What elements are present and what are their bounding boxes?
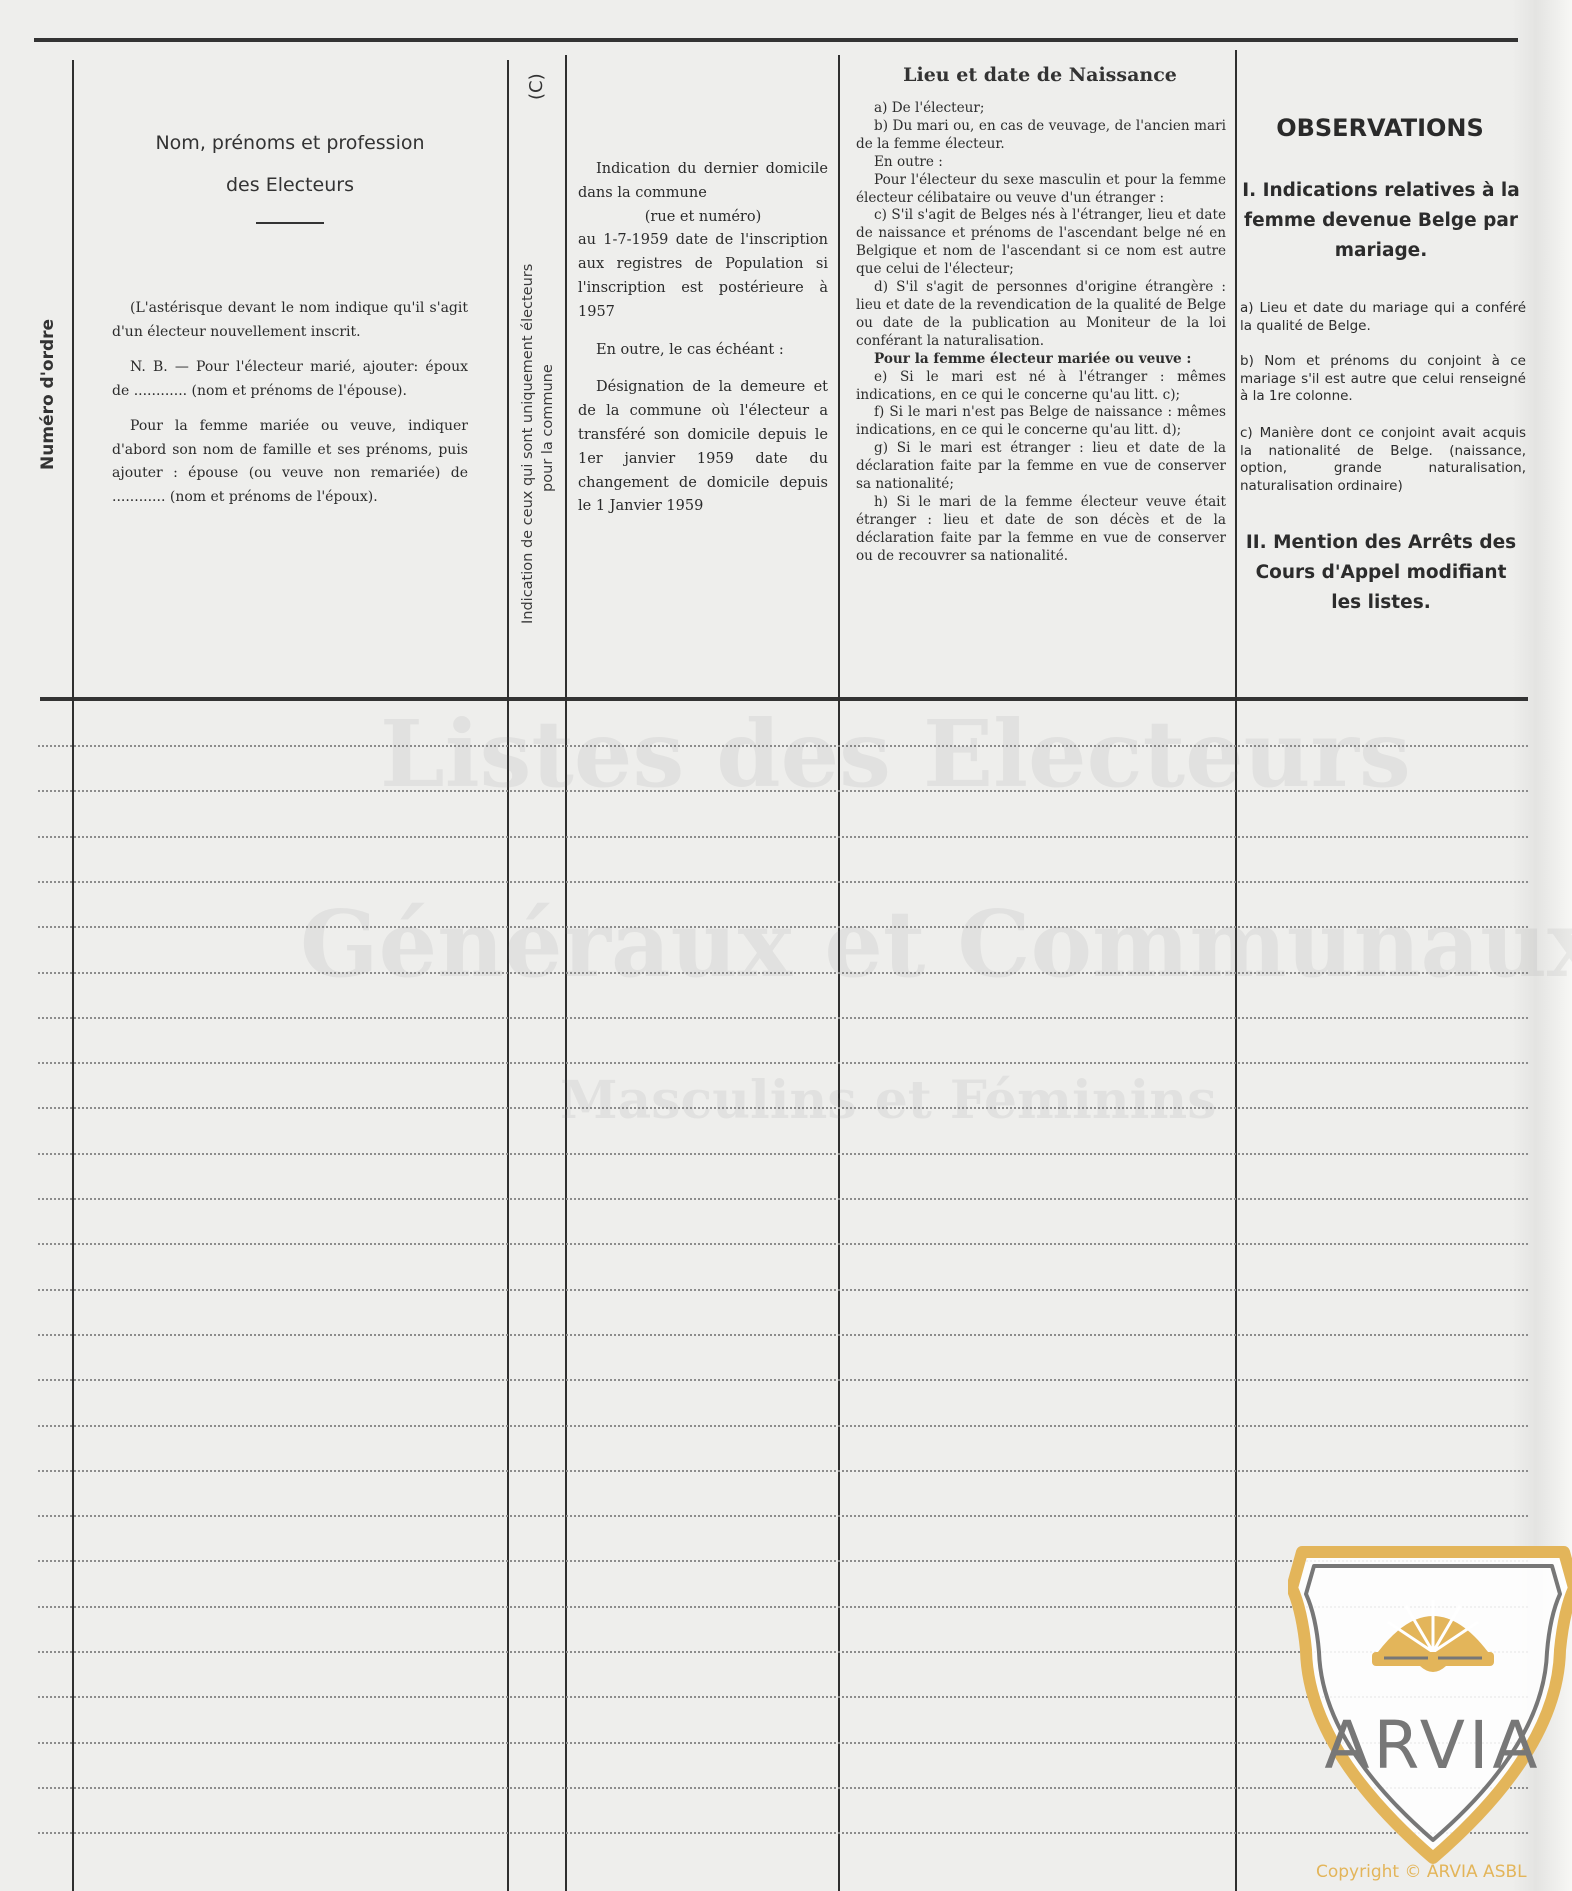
nb-married-male-note: N. B. — Pour l'électeur marié, ajouter: … — [112, 356, 468, 403]
entry-row-line — [38, 1198, 1528, 1200]
birth-intro-female: Pour la femme électeur mariée ou veuve : — [856, 351, 1226, 369]
observations-b: b) Nom et prénoms du conjoint à ce maria… — [1240, 353, 1526, 406]
entry-row-line — [38, 1425, 1528, 1427]
name-header-line2: des Electeurs — [110, 164, 470, 206]
entry-row-line — [38, 1017, 1528, 1019]
birth-d: d) S'il s'agit de personnes d'origine ét… — [856, 279, 1226, 351]
column-divider-numero — [72, 60, 74, 1891]
birth-e: e) Si le mari est né à l'étranger : même… — [856, 369, 1226, 405]
birth-g: g) Si le mari est étranger : lieu et dat… — [856, 440, 1226, 494]
copyright-notice: Copyright © ARVIA ASBL — [1316, 1862, 1527, 1882]
numero-ordre-header: Numéro d'ordre — [38, 319, 58, 470]
birth-en-outre: En outre : — [856, 154, 1226, 172]
entry-row-line — [38, 1379, 1528, 1381]
observations-section-2: II. Mention des Arrêts des Cours d'Appel… — [1238, 528, 1524, 618]
entry-row-line — [38, 1153, 1528, 1155]
domicile-p1: Indication du dernier domicile dans la c… — [578, 158, 828, 206]
observations-section-1: I. Indications relatives à la femme deve… — [1238, 176, 1524, 266]
top-border-rule — [34, 38, 1518, 42]
birth-c: c) S'il s'agit de Belges nés à l'étrange… — [856, 207, 1226, 279]
birth-a: a) De l'électeur; — [856, 100, 1226, 118]
birth-intro-male: Pour l'électeur du sexe masculin et pour… — [856, 172, 1226, 208]
entry-row-line — [38, 1289, 1528, 1291]
name-header-line1: Nom, prénoms et profession — [110, 122, 470, 164]
name-column-notes: (L'astérisque devant le nom indique qu'i… — [112, 297, 468, 521]
birth-column-title: Lieu et date de Naissance — [852, 64, 1228, 86]
arvia-shield-logo: ARVIA — [1288, 1540, 1572, 1870]
bleed-through-text: Listes des Electeurs — [380, 700, 1411, 808]
domicile-p2: au 1-7-1959 date de l'inscription aux re… — [578, 229, 828, 324]
commune-mark: (C) — [526, 73, 547, 100]
bleed-through-text: Généraux et Communaux — [300, 890, 1572, 998]
observations-c: c) Manière dont ce conjoint avait acquis… — [1240, 425, 1526, 495]
bleed-through-text: Masculins et Féminins — [560, 1070, 1216, 1131]
commune-only-label-line1: Indication de ceux qui sont uniquement é… — [520, 264, 536, 624]
birth-f: f) Si le mari n'est pas Belge de naissan… — [856, 404, 1226, 440]
entry-row-line — [38, 1062, 1528, 1064]
entry-row-line — [38, 1334, 1528, 1336]
entry-row-line — [38, 1515, 1528, 1517]
commune-only-label-line2: pour la commune — [540, 364, 556, 492]
entry-row-line — [38, 836, 1528, 838]
arvia-wordmark: ARVIA — [1324, 1707, 1541, 1784]
name-column-header: Nom, prénoms et profession des Electeurs — [110, 122, 470, 206]
married-female-note: Pour la femme mariée ou veuve, indiquer … — [112, 415, 468, 509]
domicile-column-header: Indication du dernier domicile dans la c… — [578, 158, 828, 519]
birth-column-body: a) De l'électeur; b) Du mari ou, en cas … — [856, 100, 1226, 566]
observations-title: OBSERVATIONS — [1238, 114, 1522, 142]
domicile-p4: Désignation de la demeure et de la commu… — [578, 376, 828, 519]
domicile-rue-numero: (rue et numéro) — [578, 206, 828, 230]
domicile-p3: En outre, le cas échéant : — [578, 339, 828, 363]
birth-h: h) Si le mari de la femme électeur veuve… — [856, 494, 1226, 566]
name-header-dash — [256, 222, 324, 224]
birth-b: b) Du mari ou, en cas de veuvage, de l'a… — [856, 118, 1226, 154]
entry-row-line — [38, 1470, 1528, 1472]
observations-a: a) Lieu et date du mariage qui a conféré… — [1240, 300, 1526, 335]
entry-row-line — [38, 1243, 1528, 1245]
asterisk-note: (L'astérisque devant le nom indique qu'i… — [112, 297, 468, 344]
entry-row-line — [38, 881, 1528, 883]
